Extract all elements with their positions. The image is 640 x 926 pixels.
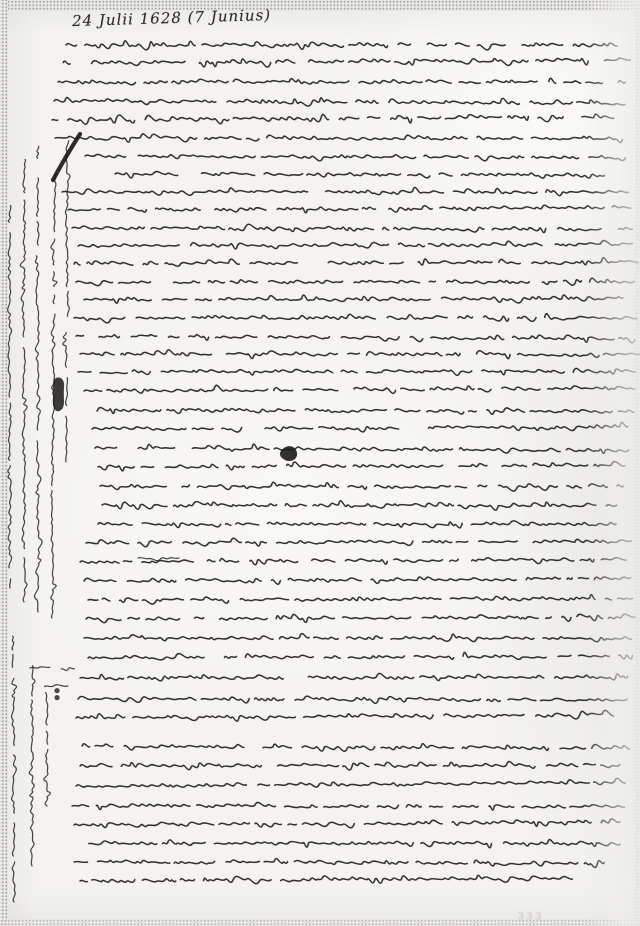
margin-vertical-text-line xyxy=(29,647,35,866)
handwritten-text-line xyxy=(62,187,628,195)
margin-vertical-text-line xyxy=(11,632,16,902)
handwritten-text-line xyxy=(74,258,638,267)
handwritten-text-line-echo xyxy=(90,840,621,848)
handwritten-text-line xyxy=(115,172,604,179)
handwritten-text-line-echo xyxy=(85,295,631,303)
handwritten-text-line-echo xyxy=(81,762,631,770)
margin-colon-mark xyxy=(56,689,59,699)
margin-annotation-column xyxy=(11,631,17,902)
handwritten-text-line xyxy=(86,614,635,622)
handwritten-text-line-echo xyxy=(77,279,635,286)
handwritten-text-line-echo xyxy=(87,615,636,623)
margin-vertical-text-echo xyxy=(44,692,51,805)
handwritten-text-line-echo xyxy=(75,859,605,868)
handwritten-text-line-echo xyxy=(73,225,633,233)
handwritten-text-line-echo xyxy=(69,206,632,214)
margin-annotation-column xyxy=(20,159,27,602)
handwritten-text-line-echo xyxy=(81,350,640,359)
handwritten-text-line-echo xyxy=(89,653,634,661)
margin-annotation-column xyxy=(8,205,12,588)
margin-vertical-text-echo xyxy=(35,146,43,612)
ink-blob xyxy=(280,446,297,461)
margin-ink-blob xyxy=(53,377,64,411)
handwriting-layer xyxy=(0,0,640,926)
handwritten-text-line-echo xyxy=(55,98,626,107)
handwritten-text-line-echo xyxy=(85,577,632,584)
handwritten-text-line xyxy=(58,78,625,85)
faint-page-number: 333 xyxy=(518,912,544,922)
margin-annotation-column xyxy=(29,647,35,866)
margin-annotation-column xyxy=(34,146,42,612)
handwritten-text-line xyxy=(92,422,633,432)
handwritten-text-line-echo xyxy=(81,876,573,884)
handwritten-text-line-echo xyxy=(85,386,636,394)
handwritten-text-line xyxy=(66,41,617,50)
handwritten-text-line-echo xyxy=(98,408,635,415)
handwritten-text-line xyxy=(74,859,604,868)
handwritten-text-line-echo xyxy=(79,241,633,249)
margin-vertical-text-echo xyxy=(63,140,70,461)
handwritten-text-line xyxy=(52,114,614,124)
handwritten-text-line-echo xyxy=(64,59,631,68)
handwritten-text-line xyxy=(95,444,629,453)
handwritten-text-line xyxy=(78,368,635,375)
margin-annotation-column xyxy=(44,692,51,806)
manuscript-scan-page: 24 Julii 1628 (7 Junius) 333 xyxy=(0,0,640,926)
handwritten-text-line xyxy=(63,58,630,67)
handwritten-text-line xyxy=(86,538,631,547)
handwritten-text-line-echo xyxy=(75,314,638,323)
margin-vertical-text-line xyxy=(63,141,70,462)
margin-annotation-column xyxy=(63,140,71,462)
handwritten-text-line-echo xyxy=(53,115,615,125)
handwritten-text-line xyxy=(55,134,630,143)
handwritten-text-line-echo xyxy=(89,595,634,604)
handwritten-text-line xyxy=(88,595,633,604)
handwritten-text-line xyxy=(76,710,614,721)
